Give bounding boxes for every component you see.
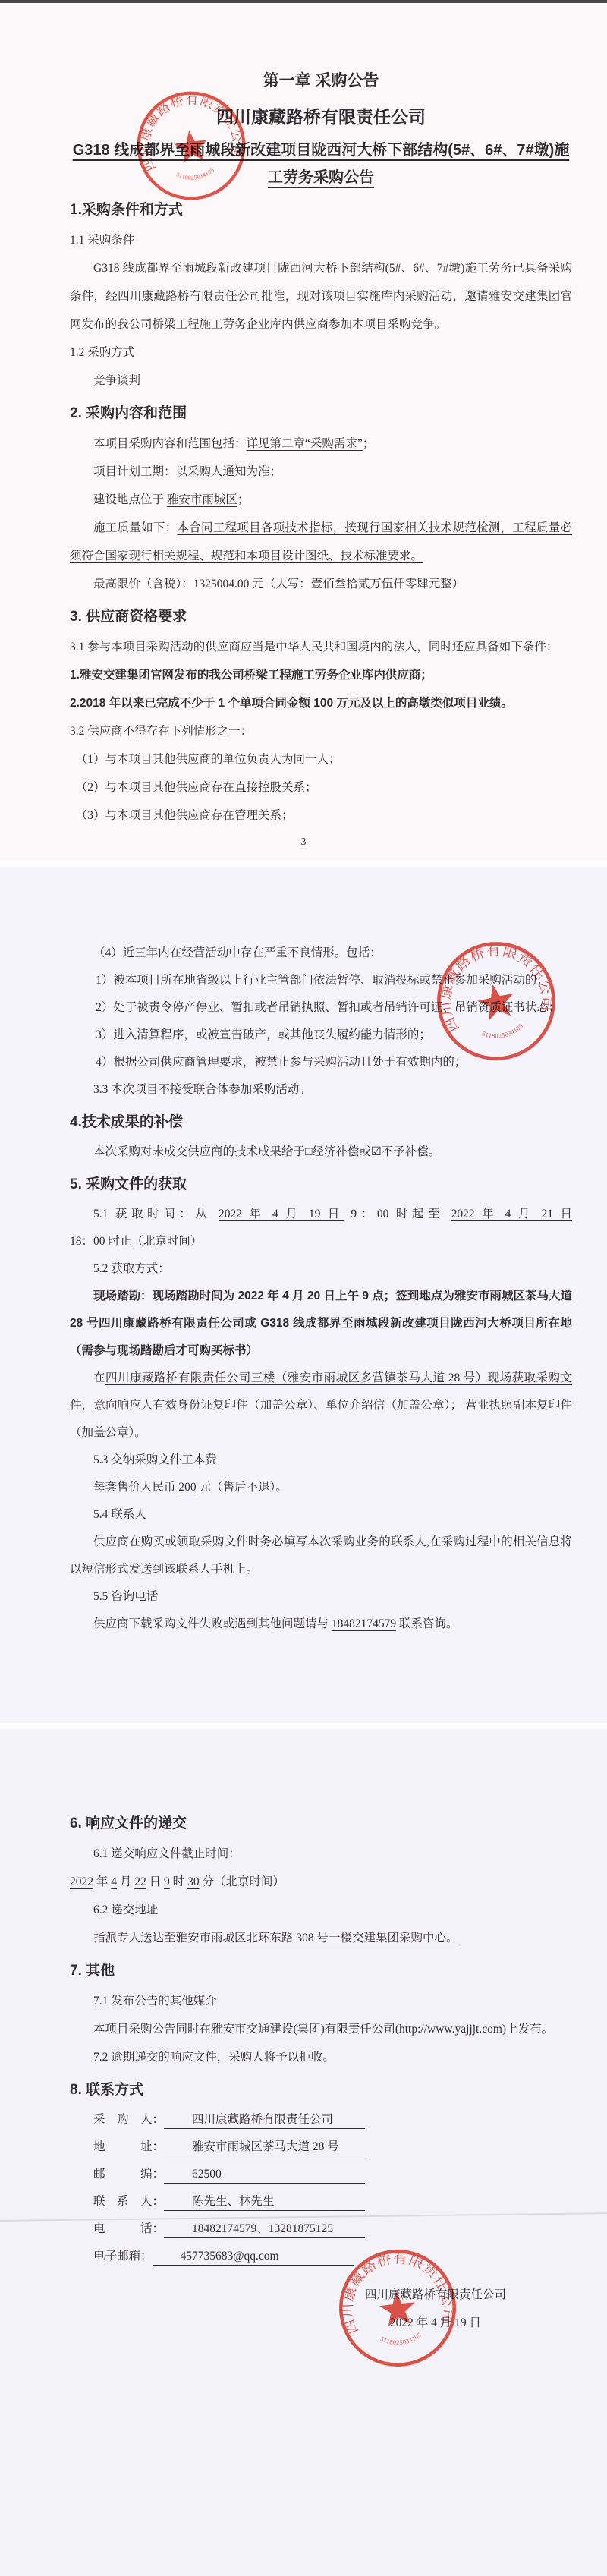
purchase-conditions-paragraph: G318 线成都界至雨城段新改建项目陇西河大桥下部结构(5#、6#、7#墩)施工… (70, 254, 572, 339)
obtain-suffix: ，意向响应人有效身份证复印件（加盖公章）、单位介绍信（加盖公章）； 营业执照副本… (70, 1399, 572, 1439)
hotline-number: 18482174579 (332, 1617, 396, 1630)
scan-top-edge (0, 0, 607, 3)
deadline-year-unit: 年 (93, 1875, 111, 1888)
prohibited-item-4-sub3: 3）进入清算程序，或被宣告破产，或其他丧失履约能力情形的； (70, 1022, 572, 1049)
section-7-2-line: 7.2 逾期递交的响应文件，采购人将予以拒收。 (70, 2043, 572, 2071)
max-price-line: 最高限价（含税）：1325004.00 元（大写：壹佰叁拾贰万伍仟零肆元整） (70, 570, 572, 598)
signature-block: 四川康藏路桥有限责任公司 2022 年 4 月 19 日 (337, 2281, 534, 2337)
prohibited-item-2: （2）与本项目其他供应商存在直接控股关系； (70, 773, 572, 801)
deadline-day: 22 (134, 1875, 146, 1888)
document-fee-line: 每套售价人民币 200 元（售后不退）。 (70, 1474, 572, 1501)
supplier-qualification-line: 3.1 参与本项目采购活动的供应商应当是中华人民共和国境内的法人，同时还应具备如… (70, 633, 572, 661)
contact-row-email: 电子邮箱：457735683@qq.com (70, 2243, 572, 2270)
contact-row-postcode: 邮 编：62500 (70, 2161, 572, 2188)
prohibited-item-4-intro: （4）近三年内在经营活动中存在严重不良情形。包括： (70, 940, 572, 967)
publish-prefix: 本项目采购公告同时在 (93, 2023, 211, 2036)
site-survey-paragraph: 现场踏勘：现场踏勘时间为 2022 年 4 月 20 日上午 9 点；签到地点为… (70, 1283, 572, 1365)
project-title: G318 线成都界至雨城段新改建项目陇西河大桥下部结构(5#、6#、7#墩)施工… (70, 137, 572, 191)
deadline-hour: 9 (164, 1875, 170, 1888)
publish-website: 雅安市交通建设(集团)有限责任公司(http://www.yajjjt.com) (211, 2023, 506, 2036)
submission-deadline-line: 2022 年 4 月 22 日 9 时 30 分（北京时间） (70, 1868, 572, 1896)
chapter-heading: 第一章 采购公告 (70, 70, 572, 93)
signature-date: 2022 年 4 月 19 日 (337, 2309, 534, 2337)
scope-line: 本项目采购内容和范围包括：详见第二章“采购需求”； (70, 430, 572, 458)
section-5-5-label: 5.5 咨询电话 (70, 1583, 572, 1611)
quality-line: 施工质量如下：本合同工程项目各项技术指标，按现行国家相关技术规范检测，工程质量必… (70, 514, 572, 570)
fee-amount: 200 (178, 1481, 196, 1494)
deadline-minute-unit: 分（北京时间） (200, 1875, 285, 1888)
page-2: （4）近三年内在经营活动中存在严重不良情形。包括： 1）被本项目所在地省级以上行… (0, 867, 607, 1723)
contact-row-purchaser: 采 购 人：四川康藏路桥有限责任公司 (70, 2106, 572, 2134)
delivery-address-line: 指派专人送达至雅安市雨城区北环东路 308 号一楼交建集团采购中心。 (70, 1924, 572, 1952)
location-value: 雅安市雨城区 (167, 493, 237, 506)
section-3-2-line: 3.2 供应商不得存在下列情形之一： (70, 717, 572, 745)
contact-value: 457735683@qq.com (153, 2248, 354, 2266)
section-6-heading: 6. 响应文件的递交 (70, 1811, 572, 1837)
obtain-method-paragraph: 在四川康藏路桥有限责任公司三楼（雅安市雨城区多营镇茶马大道 28 号）现场获取采… (70, 1365, 572, 1447)
page-1: 第一章 采购公告 四川康藏路桥有限责任公司 G318 线成都界至雨城段新改建项目… (0, 5, 607, 861)
scanned-procurement-document: 第一章 采购公告 四川康藏路桥有限责任公司 G318 线成都界至雨城段新改建项目… (0, 0, 607, 2576)
prohibited-item-4-sub4: 4）根据公司供应商管理要求，被禁止参与采购活动且处于有效期内的； (70, 1049, 572, 1076)
section-7-heading: 7. 其他 (70, 1958, 572, 1984)
section-3-heading: 3. 供应商资格要求 (70, 604, 572, 630)
contact-label: 邮 编： (93, 2168, 164, 2181)
scope-reference: 详见第二章“采购需求” (247, 437, 363, 450)
obtain-start-date: 2022 年 4 月 19 日 (219, 1208, 344, 1220)
section-3-3-line: 3.3 本次项目不接受联合体参加采购活动。 (70, 1076, 572, 1104)
section-4-heading: 4.技术成果的补偿 (70, 1110, 572, 1135)
hotline-suffix: 联系咨询。 (396, 1617, 458, 1630)
scope-prefix: 本项目采购内容和范围包括： (93, 437, 247, 450)
prohibited-item-4-sub2: 2）处于被责令停产停业、暂扣或者吊销执照、暂扣或者吊销许可证、吊销资质证书状态； (70, 994, 572, 1022)
section-2-heading: 2. 采购内容和范围 (70, 401, 572, 427)
deadline-month-unit: 月 (117, 1875, 134, 1888)
publish-suffix: 上发布。 (506, 2023, 553, 2036)
obtain-end-date: 2022 年 4 月 21 日 (451, 1208, 572, 1220)
deadline-minute: 30 (187, 1875, 200, 1888)
qualification-item-2: 2.2018 年以来已完成不少于 1 个单项合同金额 100 万元及以上的高墩类… (70, 689, 572, 717)
contact-label: 电 话： (93, 2222, 164, 2235)
deadline-month: 4 (111, 1875, 117, 1888)
section-5-3-label: 5.3 交纳采购文件工本费 (70, 1447, 572, 1474)
company-title: 四川康藏路桥有限责任公司 (70, 105, 572, 129)
section-5-heading: 5. 采购文件的获取 (70, 1172, 572, 1198)
section-5-4-label: 5.4 联系人 (70, 1501, 572, 1529)
section-6-1-label: 6.1 递交响应文件截止时间： (70, 1840, 572, 1868)
delivery-address: 雅安市雨城区北环东路 308 号一楼交建集团采购中心。 (176, 1932, 458, 1945)
obtain-time-mid: 9：00 时起至 (344, 1208, 451, 1220)
section-1-1-label: 1.1 采购条件 (70, 226, 572, 254)
hotline-prefix: 供应商下载采购文件失败或遇到其他问题请与 (93, 1617, 332, 1630)
obtain-prefix: 在 (93, 1371, 105, 1384)
location-line: 建设地点位于 雅安市雨城区； (70, 486, 572, 514)
contact-label: 采 购 人： (93, 2113, 164, 2126)
obtain-time-prefix: 5.1 获取时间：从 (93, 1208, 219, 1220)
fee-prefix: 每套售价人民币 (93, 1481, 178, 1494)
page-number: 3 (0, 836, 607, 849)
location-prefix: 建设地点位于 (93, 493, 164, 506)
scope-suffix: ； (363, 437, 375, 450)
contact-value: 18482174579、13281875125 (164, 2221, 365, 2238)
delivery-prefix: 指派专人送达至 (93, 1932, 176, 1945)
quality-prefix: 施工质量如下： (93, 521, 177, 534)
section-6-2-label: 6.2 递交地址 (70, 1896, 572, 1924)
contact-value: 陈先生、林先生 (164, 2193, 365, 2211)
publish-media-line: 本项目采购公告同时在雅安市交通建设(集团)有限责任公司(http://www.y… (70, 2015, 572, 2043)
compensation-paragraph: 本次采购对未成交供应商的技术成果给于□经济补偿或☑不予补偿。 (70, 1138, 572, 1166)
prohibited-item-3: （3）与本项目其他供应商存在管理关系； (70, 801, 572, 830)
deadline-year: 2022 (70, 1875, 93, 1888)
page-3: 6. 响应文件的递交 6.1 递交响应文件截止时间： 2022 年 4 月 22… (0, 1729, 607, 2576)
section-1-2-label: 1.2 采购方式 (70, 339, 572, 367)
prohibited-item-4-sub1: 1）被本项目所在地省级以上行业主管部门依法暂停、取消投标或禁止参加采购活动的； (70, 967, 572, 994)
fee-suffix: 元（售后不退）。 (197, 1481, 288, 1494)
section-5-2-label: 5.2 获取方式： (70, 1255, 572, 1283)
section-7-1-label: 7.1 发布公告的其他媒介 (70, 1987, 572, 2015)
contact-value: 四川康藏路桥有限责任公司 (164, 2112, 365, 2129)
hotline-line: 供应商下载采购文件失败或遇到其他问题请与 18482174579 联系咨询。 (70, 1611, 572, 1638)
contact-person-paragraph: 供应商在购买或领取采购文件时务必填写本次采购业务的联系人,在采购过程中的相关信息… (70, 1529, 572, 1583)
contact-label: 联 系 人： (93, 2195, 164, 2208)
location-suffix: ； (237, 493, 250, 506)
deadline-day-unit: 日 (146, 1875, 164, 1888)
contact-value: 62500 (164, 2166, 365, 2184)
contact-row-address: 地 址：雅安市雨城区茶马大道 28 号 (70, 2134, 572, 2161)
qualification-item-1: 1.雅安交建集团官网发布的我公司桥梁工程施工劳务企业库内供应商； (70, 661, 572, 689)
contact-value: 雅安市雨城区茶马大道 28 号 (164, 2139, 365, 2156)
contact-row-person: 联 系 人：陈先生、林先生 (70, 2188, 572, 2215)
section-8-heading: 8. 联系方式 (70, 2077, 572, 2103)
duration-line: 项目计划工期：以采购人通知为准； (70, 458, 572, 486)
procurement-method-value: 竞争谈判 (70, 367, 572, 395)
signature-company: 四川康藏路桥有限责任公司 (337, 2281, 534, 2309)
contact-label: 地 址： (93, 2140, 164, 2153)
section-1-heading: 1.采购条件和方式 (70, 197, 572, 223)
prohibited-item-1: （1）与本项目其他供应商的单位负责人为同一人； (70, 745, 572, 773)
deadline-hour-unit: 时 (170, 1875, 187, 1888)
obtain-time-suffix: 18：00 时止（北京时间） (70, 1235, 202, 1248)
contact-label: 电子邮箱： (93, 2250, 153, 2263)
obtain-time-line: 5.1 获取时间：从 2022 年 4 月 19 日 9：00 时起至 2022… (70, 1201, 572, 1255)
